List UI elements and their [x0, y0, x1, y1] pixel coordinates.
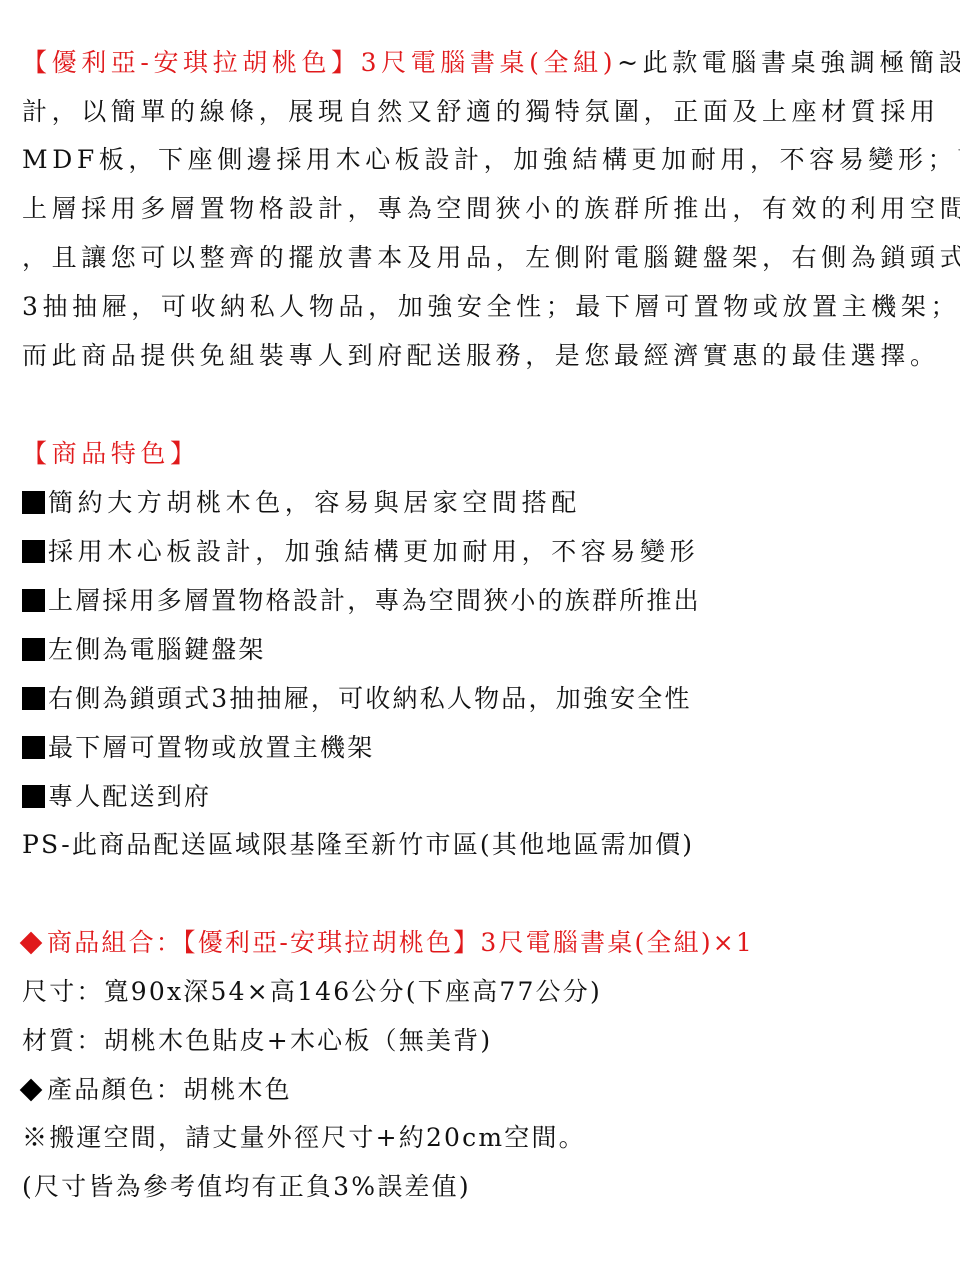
feature-item: 最下層可置物或放置主機架 — [22, 733, 374, 763]
intro-line-2: 計，以簡單的線條，展現自然又舒適的獨特氛圍，正面及上座材質採用 — [22, 97, 940, 127]
feature-item: 專人配送到府 — [22, 782, 211, 812]
feature-item: 採用木心板設計，加強結構更加耐用，不容易變形 — [22, 537, 699, 567]
black-square-icon — [22, 491, 45, 514]
product-title: 【優利亞-安琪拉胡桃色】3尺電腦書桌(全組) — [22, 48, 617, 77]
black-square-icon — [22, 736, 45, 759]
feature-item: 簡約大方胡桃木色，容易與居家空間搭配 — [22, 488, 581, 518]
intro-line-7: 而此商品提供免組裝專人到府配送服務，是您最經濟實惠的最佳選擇。 — [22, 341, 940, 371]
feature-item: 右側為鎖頭式3抽抽屜，可收納私人物品，加強安全性 — [22, 684, 692, 714]
intro-line-1: 【優利亞-安琪拉胡桃色】3尺電腦書桌(全組)~此款電腦書桌強調極簡設 — [22, 48, 960, 78]
feature-item: 左側為電腦鍵盤架 — [22, 635, 266, 665]
intro-text: ~此款電腦書桌強調極簡設 — [617, 48, 960, 77]
intro-line-6: 3抽抽屜，可收納私人物品，加強安全性；最下層可置物或放置主機架； — [22, 292, 960, 322]
moving-space-note: ※搬運空間，請丈量外徑尺寸+約20cm空間。 — [22, 1123, 586, 1153]
feature-item: 上層採用多層置物格設計，專為空間狹小的族群所推出 — [22, 586, 701, 616]
intro-line-4: 上層採用多層置物格設計，專為空間狹小的族群所推出，有效的利用空間 — [22, 194, 960, 224]
black-square-icon — [22, 785, 45, 808]
intro-line-5: ，且讓您可以整齊的擺放書本及用品，左側附電腦鍵盤架，右側為鎖頭式 — [22, 243, 960, 273]
product-combo: 商品組合：【優利亞-安琪拉胡桃色】3尺電腦書桌(全組)×1 — [18, 928, 754, 958]
product-color: 產品顏色：胡桃木色 — [18, 1075, 292, 1105]
red-diamond-icon — [20, 932, 43, 955]
delivery-area-note: PS-此商品配送區域限基隆至新竹市區(其他地區需加價) — [22, 830, 694, 860]
size-tolerance-note: (尺寸皆為參考值均有正負3%誤差值) — [22, 1172, 471, 1202]
product-material: 材質：胡桃木色貼皮+木心板（無美背) — [22, 1026, 492, 1056]
black-square-icon — [22, 638, 45, 661]
black-square-icon — [22, 687, 45, 710]
black-square-icon — [22, 540, 45, 563]
combo-label: 商品組合： — [47, 928, 183, 957]
intro-line-3: MDF板，下座側邊採用木心板設計，加強結構更加耐用，不容易變形；而 — [22, 145, 960, 175]
black-square-icon — [22, 589, 45, 612]
product-size: 尺寸：寬90x深54×高146公分(下座高77公分) — [22, 977, 602, 1007]
features-heading: 【商品特色】 — [22, 439, 200, 469]
combo-value: 【優利亞-安琪拉胡桃色】3尺電腦書桌(全組)×1 — [183, 928, 754, 957]
black-diamond-icon — [20, 1079, 43, 1102]
